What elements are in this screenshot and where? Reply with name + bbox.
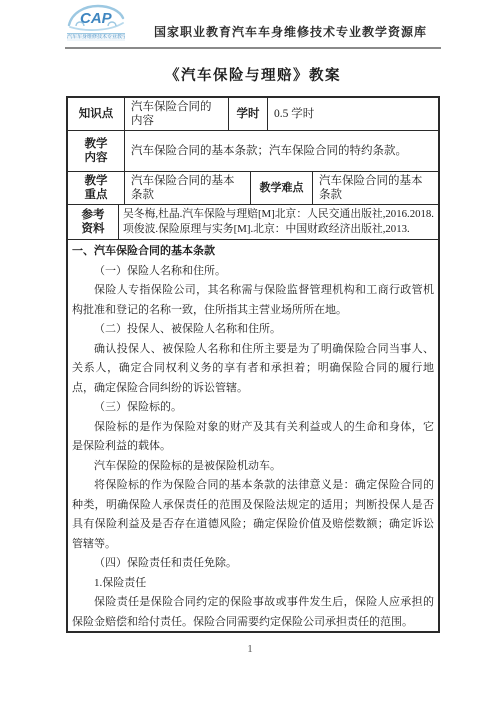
class-hours-value: 0.5 学时 bbox=[268, 98, 438, 130]
reference-item: 项俊波.保险原理与实务[M].北京：中国财政经济出版社,2013. bbox=[123, 222, 434, 237]
logo-caption: 汽车车身维修技术专业教学资源库 bbox=[67, 33, 125, 41]
table-row-knowledge-point: 知识点 汽车保险合同的内容 学时 0.5 学时 bbox=[68, 98, 438, 131]
knowledge-point-value: 汽车保险合同的内容 bbox=[125, 98, 229, 130]
table-row-references: 参考资料 吴冬梅,杜晶.汽车保险与理赔[M]北京：人民交通出版社,2016.20… bbox=[68, 205, 438, 240]
content-paragraph: 1.保险责任 bbox=[72, 574, 434, 594]
content-paragraph: （一）保险人名称和住所。 bbox=[72, 262, 434, 282]
knowledge-point-label: 知识点 bbox=[68, 98, 125, 130]
content-paragraph: 确认投保人、被保险人名称和住所主要是为了明确保险合同当事人、关系人，确定合同权利… bbox=[72, 340, 434, 399]
content-paragraph: （二）投保人、被保险人名称和住所。 bbox=[72, 320, 434, 340]
content-paragraph: （四）保险责任和责任免除。 bbox=[72, 554, 434, 574]
references-label: 参考资料 bbox=[68, 205, 119, 239]
reference-item: 吴冬梅,杜晶.汽车保险与理赔[M]北京：人民交通出版社,2016.2018. bbox=[123, 207, 434, 222]
content-heading: 一、汽车保险合同的基本条款 bbox=[72, 242, 434, 262]
document-page: CAP 汽车车身维修技术专业教学资源库 国家职业教育汽车车身维修技术专业教学资源… bbox=[0, 0, 500, 707]
cap-logo: CAP 汽车车身维修技术专业教学资源库 bbox=[66, 2, 128, 44]
document-title: 《汽车保险与理赔》教案 bbox=[66, 64, 440, 85]
resource-library-title: 国家职业教育汽车车身维修技术专业教学资源库 bbox=[154, 23, 427, 44]
teaching-difficulty-value: 汽车保险合同的基本条款 bbox=[313, 172, 438, 204]
lesson-info-table: 知识点 汽车保险合同的内容 学时 0.5 学时 教学内容 汽车保险合同的基本条款… bbox=[66, 96, 440, 633]
content-paragraph: 汽车保险的保险标的是被保险机动车。 bbox=[72, 457, 434, 477]
teaching-content-label: 教学内容 bbox=[68, 131, 125, 171]
teaching-difficulty-label: 教学难点 bbox=[251, 172, 313, 204]
content-paragraph: 保险标的是作为保险对象的财产及其有关利益或人的生命和身体，它是保险利益的载体。 bbox=[72, 418, 434, 457]
page-number: 1 bbox=[0, 643, 500, 655]
content-paragraph: 保险责任是保险合同约定的保险事故或事件发生后，保险人应承担的保险金赔偿和给付责任… bbox=[72, 593, 434, 631]
teaching-focus-label: 教学重点 bbox=[68, 172, 125, 204]
lesson-content: 一、汽车保险合同的基本条款 （一）保险人名称和住所。 保险人专指保险公司，其名称… bbox=[68, 240, 438, 631]
header-divider bbox=[65, 47, 441, 49]
content-paragraph: 保险人专指保险公司，其名称需与保险监督管理机构和工商行政管机构批准和登记的名称一… bbox=[72, 281, 434, 320]
content-paragraph: 将保险标的作为保险合同的基本条款的法律意义是：确定保险合同的种类，明确保险人承保… bbox=[72, 476, 434, 554]
page-header: CAP 汽车车身维修技术专业教学资源库 国家职业教育汽车车身维修技术专业教学资源… bbox=[0, 0, 500, 44]
teaching-focus-value: 汽车保险合同的基本条款 bbox=[125, 172, 251, 204]
table-row-teaching-content: 教学内容 汽车保险合同的基本条款；汽车保险合同的特约条款。 bbox=[68, 131, 438, 172]
content-paragraph: （三）保险标的。 bbox=[72, 398, 434, 418]
logo-cap-text: CAP bbox=[80, 10, 112, 27]
class-hours-label: 学时 bbox=[229, 98, 268, 130]
references-list: 吴冬梅,杜晶.汽车保险与理赔[M]北京：人民交通出版社,2016.2018. 项… bbox=[119, 205, 438, 239]
table-row-focus-difficulty: 教学重点 汽车保险合同的基本条款 教学难点 汽车保险合同的基本条款 bbox=[68, 172, 438, 205]
teaching-content-value: 汽车保险合同的基本条款；汽车保险合同的特约条款。 bbox=[125, 131, 438, 171]
